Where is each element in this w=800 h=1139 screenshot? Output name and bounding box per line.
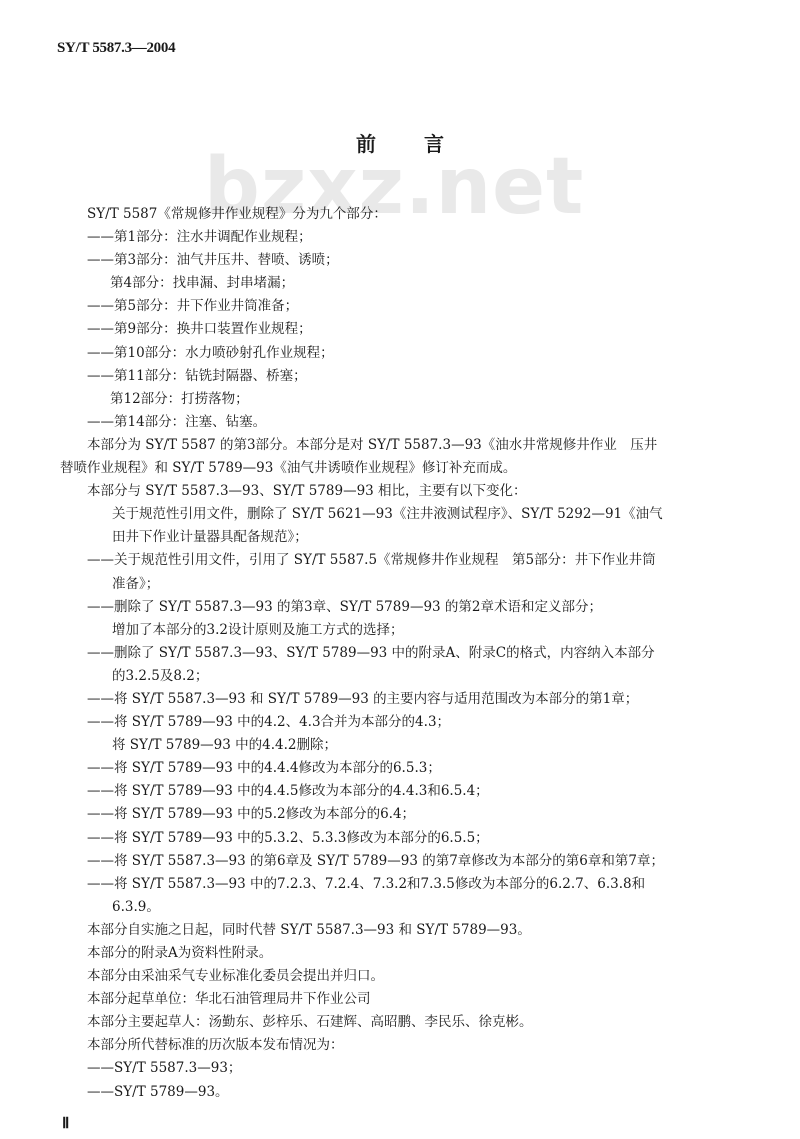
change-item: ——将 SY/T 5587.3—93 中的7.2.3、7.2.4、7.3.2和7… [60,873,772,896]
scope-paragraph-line-2: 替喷作业规程》和 SY/T 5789—93《油气井诱喷作业规程》修订补充而成。 [60,457,772,480]
change-item-continuation: 6.3.9。 [60,896,772,919]
changes-intro-paragraph: 本部分与 SY/T 5587.3—93、SY/T 5789—93 相比，主要有以… [60,480,772,503]
change-item: 关于规范性引用文件，删除了 SY/T 5621—93《注井液测试程序》、SY/T… [60,503,772,526]
change-item-continuation: 的3.2.5及8.2； [60,665,772,688]
change-item: ——将 SY/T 5789—93 中的5.3.2、5.3.3修改为本部分的6.5… [60,827,772,850]
annex-paragraph: 本部分的附录A为资料性附录。 [60,942,772,965]
part-list-item: ——第10部分：水力喷砂射孔作业规程； [60,342,772,365]
part-list-item: 第4部分：找串漏、封串堵漏； [60,272,772,295]
history-item: ——SY/T 5789—93。 [60,1081,772,1104]
change-item-continuation: 准备》； [60,573,772,596]
change-item: ——删除了 SY/T 5587.3—93、SY/T 5789—93 中的附录A、… [60,642,772,665]
page-title: 前言 [0,128,800,157]
change-item: ——将 SY/T 5789—93 中的4.4.4修改为本部分的6.5.3； [60,757,772,780]
part-list-item: ——第14部分：注塞、钻塞。 [60,411,772,434]
change-item: ——将 SY/T 5587.3—93 的第6章及 SY/T 5789—93 的第… [60,850,772,873]
part-list-item: ——第5部分：井下作业井筒准备； [60,295,772,318]
foreword-body: SY/T 5587《常规修井作业规程》分为九个部分： ——第1部分：注水井调配作… [60,203,772,1104]
part-list-item: ——第1部分：注水井调配作业规程； [60,226,772,249]
change-item: ——将 SY/T 5789—93 中的4.4.5修改为本部分的4.4.3和6.5… [60,780,772,803]
change-item: ——关于规范性引用文件，引用了 SY/T 5587.5《常规修井作业规程 第5部… [60,549,772,572]
title-char-1: 前 [356,132,376,156]
change-item-continuation: 增加了本部分的3.2设计原则及施工方式的选择； [60,619,772,642]
part-list-item: 第12部分：打捞落物； [60,388,772,411]
replaces-paragraph: 本部分自实施之日起，同时代替 SY/T 5587.3—93 和 SY/T 578… [60,919,772,942]
drafters-paragraph: 本部分主要起草人：汤勤东、彭梓乐、石建辉、高昭鹏、李民乐、徐克彬。 [60,1011,772,1034]
drafting-unit-paragraph: 本部分起草单位：华北石油管理局井下作业公司 [60,988,772,1011]
history-paragraph: 本部分所代替标准的历次版本发布情况为： [60,1034,772,1057]
part-list-item: ——第9部分：换井口装置作业规程； [60,318,772,341]
change-item: 将 SY/T 5789—93 中的4.4.2删除； [60,734,772,757]
scope-paragraph-line-1: 本部分为 SY/T 5587 的第3部分。本部分是对 SY/T 5587.3—9… [60,434,772,457]
part-list-item: ——第11部分：钻铣封隔器、桥塞； [60,365,772,388]
title-char-2: 言 [424,132,444,156]
change-item: ——删除了 SY/T 5587.3—93 的第3章、SY/T 5789—93 的… [60,596,772,619]
proposed-by-paragraph: 本部分由采油采气专业标准化委员会提出并归口。 [60,965,772,988]
change-item: ——将 SY/T 5789—93 中的5.2修改为本部分的6.4； [60,803,772,826]
part-list-item: ——第3部分：油气井压井、替喷、诱喷； [60,249,772,272]
change-item: ——将 SY/T 5587.3—93 和 SY/T 5789—93 的主要内容与… [60,688,772,711]
intro-paragraph: SY/T 5587《常规修井作业规程》分为九个部分： [60,203,772,226]
change-item-continuation: 田井下作业计量器具配备规范》； [60,526,772,549]
standard-code-header: SY/T 5587.3—2004 [57,40,175,57]
page-number: Ⅱ [62,1114,69,1133]
change-item: ——将 SY/T 5789—93 中的4.2、4.3合并为本部分的4.3； [60,711,772,734]
history-item: ——SY/T 5587.3—93； [60,1057,772,1080]
